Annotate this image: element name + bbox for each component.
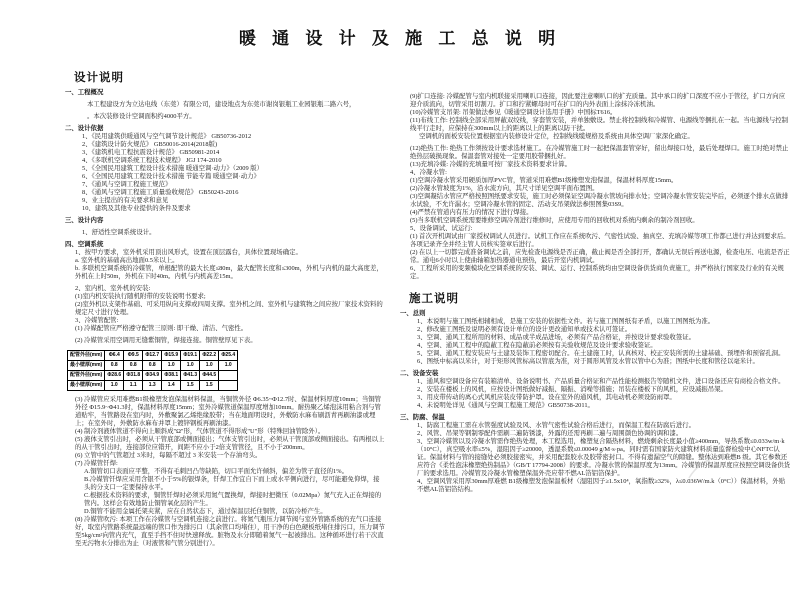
text-line: 3、空调冷媒管以及冷凝水管需作绝热处理，本工程选用，橡塑复合隔热材料，燃烧剩余长… (417, 438, 791, 478)
value-cell (219, 381, 238, 391)
text-line: (9)扩口连接: 冷媒配管与室内机联接采用喇叭口连接，因此要注意喇叭口的扩充质量… (410, 93, 791, 109)
design-notes-continued: (9)扩口连接: 冷媒配管与室内机联接采用喇叭口连接，因此要注意喇叭口的扩充质量… (397, 93, 791, 281)
value-cell: Φ9.5 (124, 351, 143, 361)
text-line: 5、设备调试、试运行: (410, 225, 791, 233)
text-line: 4、《多联机空调系统工程技术规程》 JGJ 174-2010 (82, 157, 385, 165)
text-line: 2、风管、吊架等钢制零配件需刷二遍防锈漆，外露的还需再刷二遍与周围颜色协调的调和… (417, 430, 791, 438)
text-line: 3、空调、通风工程所用的材料、成品或半成品进场，必须有产品合格证，并按设计要求验… (417, 334, 791, 342)
row-label-cell: 最小壁厚(mm) (68, 381, 105, 391)
text-line: (3)空调凝结水管应严格按照图纸要求安装，施工时必须保证空调冷凝水管坡向排水处；… (410, 193, 791, 209)
text-line: (1)空调冷凝水管采用硬质加厚PVC管，管道采用难燃B1级橡塑发泡保温，保温材料… (410, 177, 791, 185)
construction-notes-heading: 施工说明 (409, 295, 791, 303)
value-cell: Φ15.9 (162, 351, 181, 361)
row-label-cell: 配管外径(mm) (68, 351, 105, 361)
text-line: (7) 冷媒管钎焊: (75, 460, 385, 468)
text-line: 1、舒适性空调系统设计。 (82, 229, 385, 237)
text-line: (1) 首次开机调试由厂家授权调试人员进行。试机工作应在系统吹污、气密性试验、抽… (410, 233, 791, 249)
text-line: 空调机的面板安装位置根据室内装修设计定位，控制线线缆规格及系统由具体空调厂家深化… (419, 133, 791, 141)
value-cell: 0.8 (105, 361, 124, 371)
value-cell: 0.8 (143, 361, 162, 371)
text-line: (2)室外机以支架作基础、可采用纵向支撑或四周支撑。室外机之间、室外机与建筑物之… (75, 301, 385, 317)
text-line: (11)布线工作: 控制线全部采用屏蔽双绞线，穿套管安装，并单独敷设。禁止将控制… (410, 117, 791, 133)
text-line: 三、防腐、保温 (400, 414, 791, 422)
text-line: (5) 液体支管引出时，必须从干管底部或侧面接出；气体支管引出时，必须从干管顶部… (75, 436, 385, 452)
text-line: 3、用皮带传动的离心式风机应装皮带防护罩。设在室外的通风机，其电动机必须设防雨罩… (417, 394, 791, 402)
text-line: 1、通风和空调设备应有装箱清单、设备说明书、产品质量合格证和产品性能检测报告等随… (417, 378, 791, 386)
pipe-wall-thickness-table: 配管外径(mm)Φ6.4Φ9.5Φ12.7Φ15.9Φ19.1Φ22.2Φ25.… (67, 350, 238, 391)
design-notes-column: 设计说明 一、工程概况本工程建设方为立达电线（东莞）有限公司，建设地点为东莞市谢… (62, 74, 385, 548)
value-cell (219, 371, 238, 381)
value-cell: 0.8 (124, 361, 143, 371)
text-line: D.铜管不能用金属托架夹紧，应在自然状态下，通过保温层托住铜管，以防冷桥产生。 (84, 508, 385, 516)
text-line: (12)绝热工作: 绝热工作须按设计要求选材施工。在冷媒管施工时一起把保温套管穿… (410, 145, 791, 161)
text-line: (2) 在以上一切都完成准备调试之前，应先检查电源线是否正确，截止阀是否全部打开… (410, 249, 791, 265)
text-line: 3、冷媒管配管: (75, 317, 385, 325)
text-line: 9、业主提出的有关要求和意见 (82, 197, 385, 205)
text-line: 4、空调、通风工程中的隐蔽工程在隐蔽前必须按有关验收规范及设计要求验收签证。 (417, 342, 791, 350)
value-cell: Φ25.4 (219, 351, 238, 361)
value-cell: 1.3 (143, 381, 162, 391)
text-line: (5)当多联机空调系统需要维修空调冷剂进行维修时，应使用专用的回收机对系统内剩余… (410, 217, 791, 225)
text-line: (8) 冷媒管吹污: 本项工作在冷媒管与空调机连接之前进行。将氮气瓶压力调节阀与… (75, 516, 385, 548)
text-line: (4) 制冷剂液体管道不得向上顺斜成"Ω"形，气体管道不得形成"U"形（特殊回油… (75, 428, 385, 436)
text-line: (6) 立管中的气管超过 3米时，每隔不超过 3 米安装一个存油弯头。 (75, 452, 385, 460)
text-line: (2) 冷媒管采用空调用无缝紫铜管，焊接连接。铜管壁厚见下表。 (75, 337, 385, 345)
text-line: A.铜管切口表面应平整，不得有毛刺凹凸等缺陷，切口平面允许倾斜，偏差为管子直径的… (84, 468, 385, 476)
text-line: 三、设计内容 (65, 217, 385, 225)
value-cell: Φ31.8 (124, 371, 143, 381)
value-cell: Φ44.5 (200, 371, 219, 381)
text-line: 二、设备安装 (400, 370, 791, 378)
text-line: 2、《建筑设计防火规范》 GB50016-2014(2018版) (82, 141, 385, 149)
value-cell: Φ19.1 (181, 351, 200, 361)
row-label-cell: 配管外径(mm) (68, 371, 105, 381)
value-cell: Φ34.9 (143, 371, 162, 381)
design-notes-body-bottom: (3) 冷媒管应采用难燃B1级橡塑发泡保温材料保温，当铜管外径 Φ6.35~Φ1… (62, 396, 385, 548)
text-line: 10、建筑及其他专业提供的条件及要求 (82, 205, 385, 213)
design-notes-heading: 设计说明 (74, 74, 385, 82)
text-line: 8、《通风与空调工程施工质量验收规范》 GB50243-2016 (82, 189, 385, 197)
value-cell: Φ12.7 (143, 351, 162, 361)
text-line: a. 室外机的基础高出地面0.5米以上。 (75, 257, 385, 265)
text-line: 4、未说明处详见《通风与空调工程施工规范》GB50738-2011。 (417, 402, 791, 410)
text-line: 。本次装修设计空调面积约4000平方。 (75, 113, 385, 121)
text-line: B.冷媒管钎焊应采用含银不小于5%的银焊条，钎焊工作宜自下而上或水平侧向进行，尽… (84, 476, 385, 492)
document-page: 暖 通 设 计 及 施 工 总 说 明 设计说明 一、工程概况本工程建设方为立达… (0, 0, 800, 595)
text-line: (1)室内机安装执行随机附带的安装说明书要求; (75, 293, 385, 301)
text-line: (4)严禁在管道内有压力的情况下进行焊接。 (410, 209, 791, 217)
value-cell: 1.0 (200, 361, 219, 371)
scan-artifact (686, 452, 724, 482)
text-line: 四、空调系统 (65, 241, 385, 249)
page-title: 暖 通 设 计 及 施 工 总 说 明 (0, 24, 800, 49)
text-line: (2)冷凝水管坡度为1%，沿水流方向，其尺寸详见空调平面布置图。 (410, 185, 791, 193)
text-line: 6、工程所采用的变频模块化空调系统的安装、调试、运行、控制系统均由空调设备供货商… (410, 265, 791, 281)
value-cell: 1.1 (124, 381, 143, 391)
text-line: 6、图纸中标高以米计，对于矩形风管标高以管底为准，对于圆形风管及水管以管中心为准… (417, 358, 791, 366)
value-cell: 1.0 (105, 381, 124, 391)
construction-notes-column: (9)扩口连接: 冷媒配管与室内机联接采用喇叭口连接，因此要注意喇叭口的扩充质量… (397, 93, 791, 494)
text-line: 2、修改施工图纸及说明必须有设计单位的设计更改通知单或技术认可签证。 (417, 326, 791, 334)
value-cell: Φ28.6 (105, 371, 124, 381)
text-line: (1) 冷媒配管应严格遵守配管三原则: 即干燥、清洁、气密性。 (75, 325, 385, 333)
text-line: (13)充填冷媒: 冷媒的充填量可按厂家技术资料要求计算。 (410, 161, 791, 169)
value-cell: Φ22.2 (200, 351, 219, 361)
text-line: (3) 冷媒管应采用难燃B1级橡塑发泡保温材料保温，当铜管外径 Φ6.35~Φ1… (75, 396, 385, 428)
text-line: C.根据技术资料的要求，铜管钎焊时必须采用氮气置换焊，焊接时把微压（0.02Mp… (84, 492, 385, 508)
value-cell: Φ6.4 (105, 351, 124, 361)
text-line: 2、安装在楼板上的风机，应按设计图纸做好减振、隔振、消噪等措施；吊装在楼板下的风… (417, 386, 791, 394)
text-line: 5、《全国民用建筑工程设计技术措施 暖通空调·动力》（2009 版） (82, 165, 385, 173)
value-cell: 1.0 (219, 361, 238, 371)
text-line: 4、冷凝水管: (410, 169, 791, 177)
text-line: 6、《全国民用建筑工程设计技术措施 节能专篇 暖通空调·动力》 (82, 173, 385, 181)
text-line: 二、设计依据 (65, 125, 385, 133)
text-line: 5、空调、通风工程安装应与土建及装饰工程密切配合。在土建施工时，认真核对、校正安… (417, 350, 791, 358)
row-label-cell: 最小壁厚(mm) (68, 361, 105, 371)
text-line: 1、按甲方要求，室外机采用顶出风形式，设置在顶层露台，具体位置现场确定。 (75, 249, 385, 257)
text-line: 2、室内机、室外机的安装: (75, 285, 385, 293)
table-row: 配管外径(mm)Φ6.4Φ9.5Φ12.7Φ15.9Φ19.1Φ22.2Φ25.… (68, 351, 238, 361)
value-cell: 1.0 (181, 361, 200, 371)
table-row: 最小壁厚(mm)1.01.11.31.41.51.5 (68, 381, 238, 391)
value-cell: 1.0 (162, 361, 181, 371)
table-row: 最小壁厚(mm)0.80.80.81.01.01.01.0 (68, 361, 238, 371)
text-line: 1、防腐工程施工需在水管强度试验及风、水管气密性试验合格后进行，而保温工程在防腐… (417, 422, 791, 430)
text-line: 4、空调风管采用厚30mm厚难燃 B1级橡塑发泡保温板材（湿阻因子≥1.5x10… (417, 478, 791, 494)
value-cell: Φ41.3 (181, 371, 200, 381)
text-line: 7、《通风与空调工程施工规范》 (82, 181, 385, 189)
text-line: 本工程建设方为立达电线（东莞）有限公司，建设地点为东莞市谢岗银瓶工业园银瓶二路六… (75, 101, 385, 109)
text-line: 一、总则 (400, 310, 791, 318)
value-cell: 1.5 (181, 381, 200, 391)
text-line: 1、《民用建筑供暖通风与空气调节设计规范》 GB50736-2012 (82, 133, 385, 141)
text-line: 一、工程概况 (65, 89, 385, 97)
text-line: 1、本说明与施工图纸相辅相成，是施工安装的依据性文件。若与施工图图纸有矛盾，以施… (417, 318, 791, 326)
text-line: (10)冷媒管支吊架: 吊架做法参见《暖通空调设计选用手册》中国标T616。 (410, 109, 791, 117)
text-line: b. 多联机空调系统的冷媒管，单根配管的最大长度≤80m，最大配管长度和≤300… (75, 265, 385, 281)
design-notes-body-top: 一、工程概况本工程建设方为立达电线（东莞）有限公司，建设地点为东莞市谢岗银瓶工业… (62, 89, 385, 345)
value-cell: Φ38.1 (162, 371, 181, 381)
construction-notes-body: 一、总则1、本说明与施工图纸相辅相成，是施工安装的依据性文件。若与施工图图纸有矛… (397, 310, 791, 494)
value-cell: 1.4 (162, 381, 181, 391)
table-row: 配管外径(mm)Φ28.6Φ31.8Φ34.9Φ38.1Φ41.3Φ44.5 (68, 371, 238, 381)
value-cell: 1.5 (200, 381, 219, 391)
text-line: 3、《建筑机电工程抗震设计规范》 GB50981-2014 (82, 149, 385, 157)
